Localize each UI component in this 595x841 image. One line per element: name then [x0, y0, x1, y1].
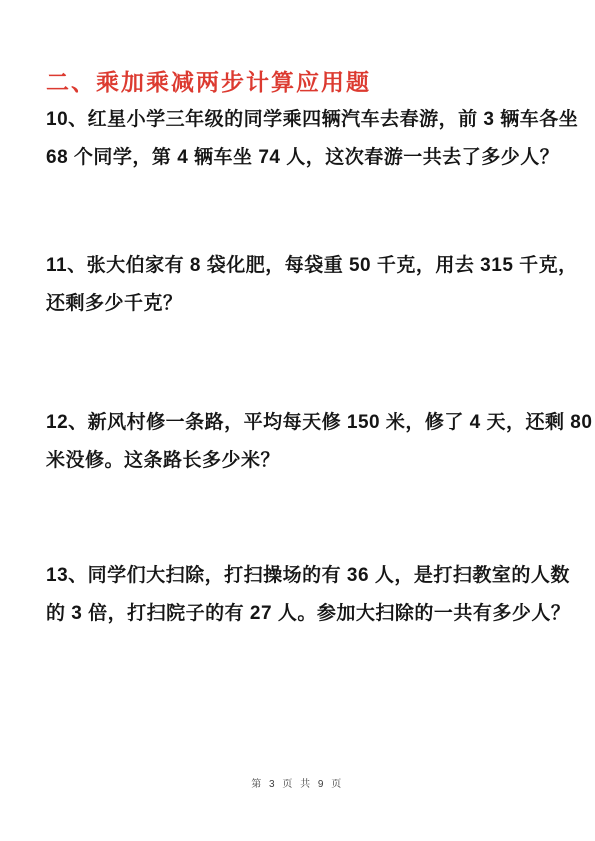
question-line: 11、张大伯家有 8 袋化肥，每袋重 50 千克，用去 315 千克， [46, 247, 549, 285]
question-12: 12、新风村修一条路，平均每天修 150 米，修了 4 天，还剩 80 米没修。… [46, 404, 549, 480]
page-content: 二、乘加乘减两步计算应用题 10、红星小学三年级的同学乘四辆汽车去春游，前 3 … [0, 0, 595, 633]
question-line: 12、新风村修一条路，平均每天修 150 米，修了 4 天，还剩 80 [46, 404, 549, 442]
question-line: 68 个同学，第 4 辆车坐 74 人，这次春游一共去了多少人？ [46, 139, 549, 177]
question-11: 11、张大伯家有 8 袋化肥，每袋重 50 千克，用去 315 千克， 还剩多少… [46, 247, 549, 323]
question-line: 10、红星小学三年级的同学乘四辆汽车去春游，前 3 辆车各坐 [46, 101, 549, 139]
question-line: 米没修。这条路长多少米？ [46, 442, 549, 480]
question-10: 10、红星小学三年级的同学乘四辆汽车去春游，前 3 辆车各坐 68 个同学，第 … [46, 101, 549, 177]
worksheet-page: 二、乘加乘减两步计算应用题 10、红星小学三年级的同学乘四辆汽车去春游，前 3 … [0, 0, 595, 841]
question-13: 13、同学们大扫除，打扫操场的有 36 人，是打扫教室的人数 的 3 倍，打扫院… [46, 557, 549, 633]
question-line: 的 3 倍，打扫院子的有 27 人。参加大扫除的一共有多少人？ [46, 595, 549, 633]
question-line: 13、同学们大扫除，打扫操场的有 36 人，是打扫教室的人数 [46, 557, 549, 595]
page-footer: 第 3 页 共 9 页 [0, 778, 595, 792]
section-heading: 二、乘加乘减两步计算应用题 [46, 63, 549, 101]
question-line: 还剩多少千克？ [46, 285, 549, 323]
